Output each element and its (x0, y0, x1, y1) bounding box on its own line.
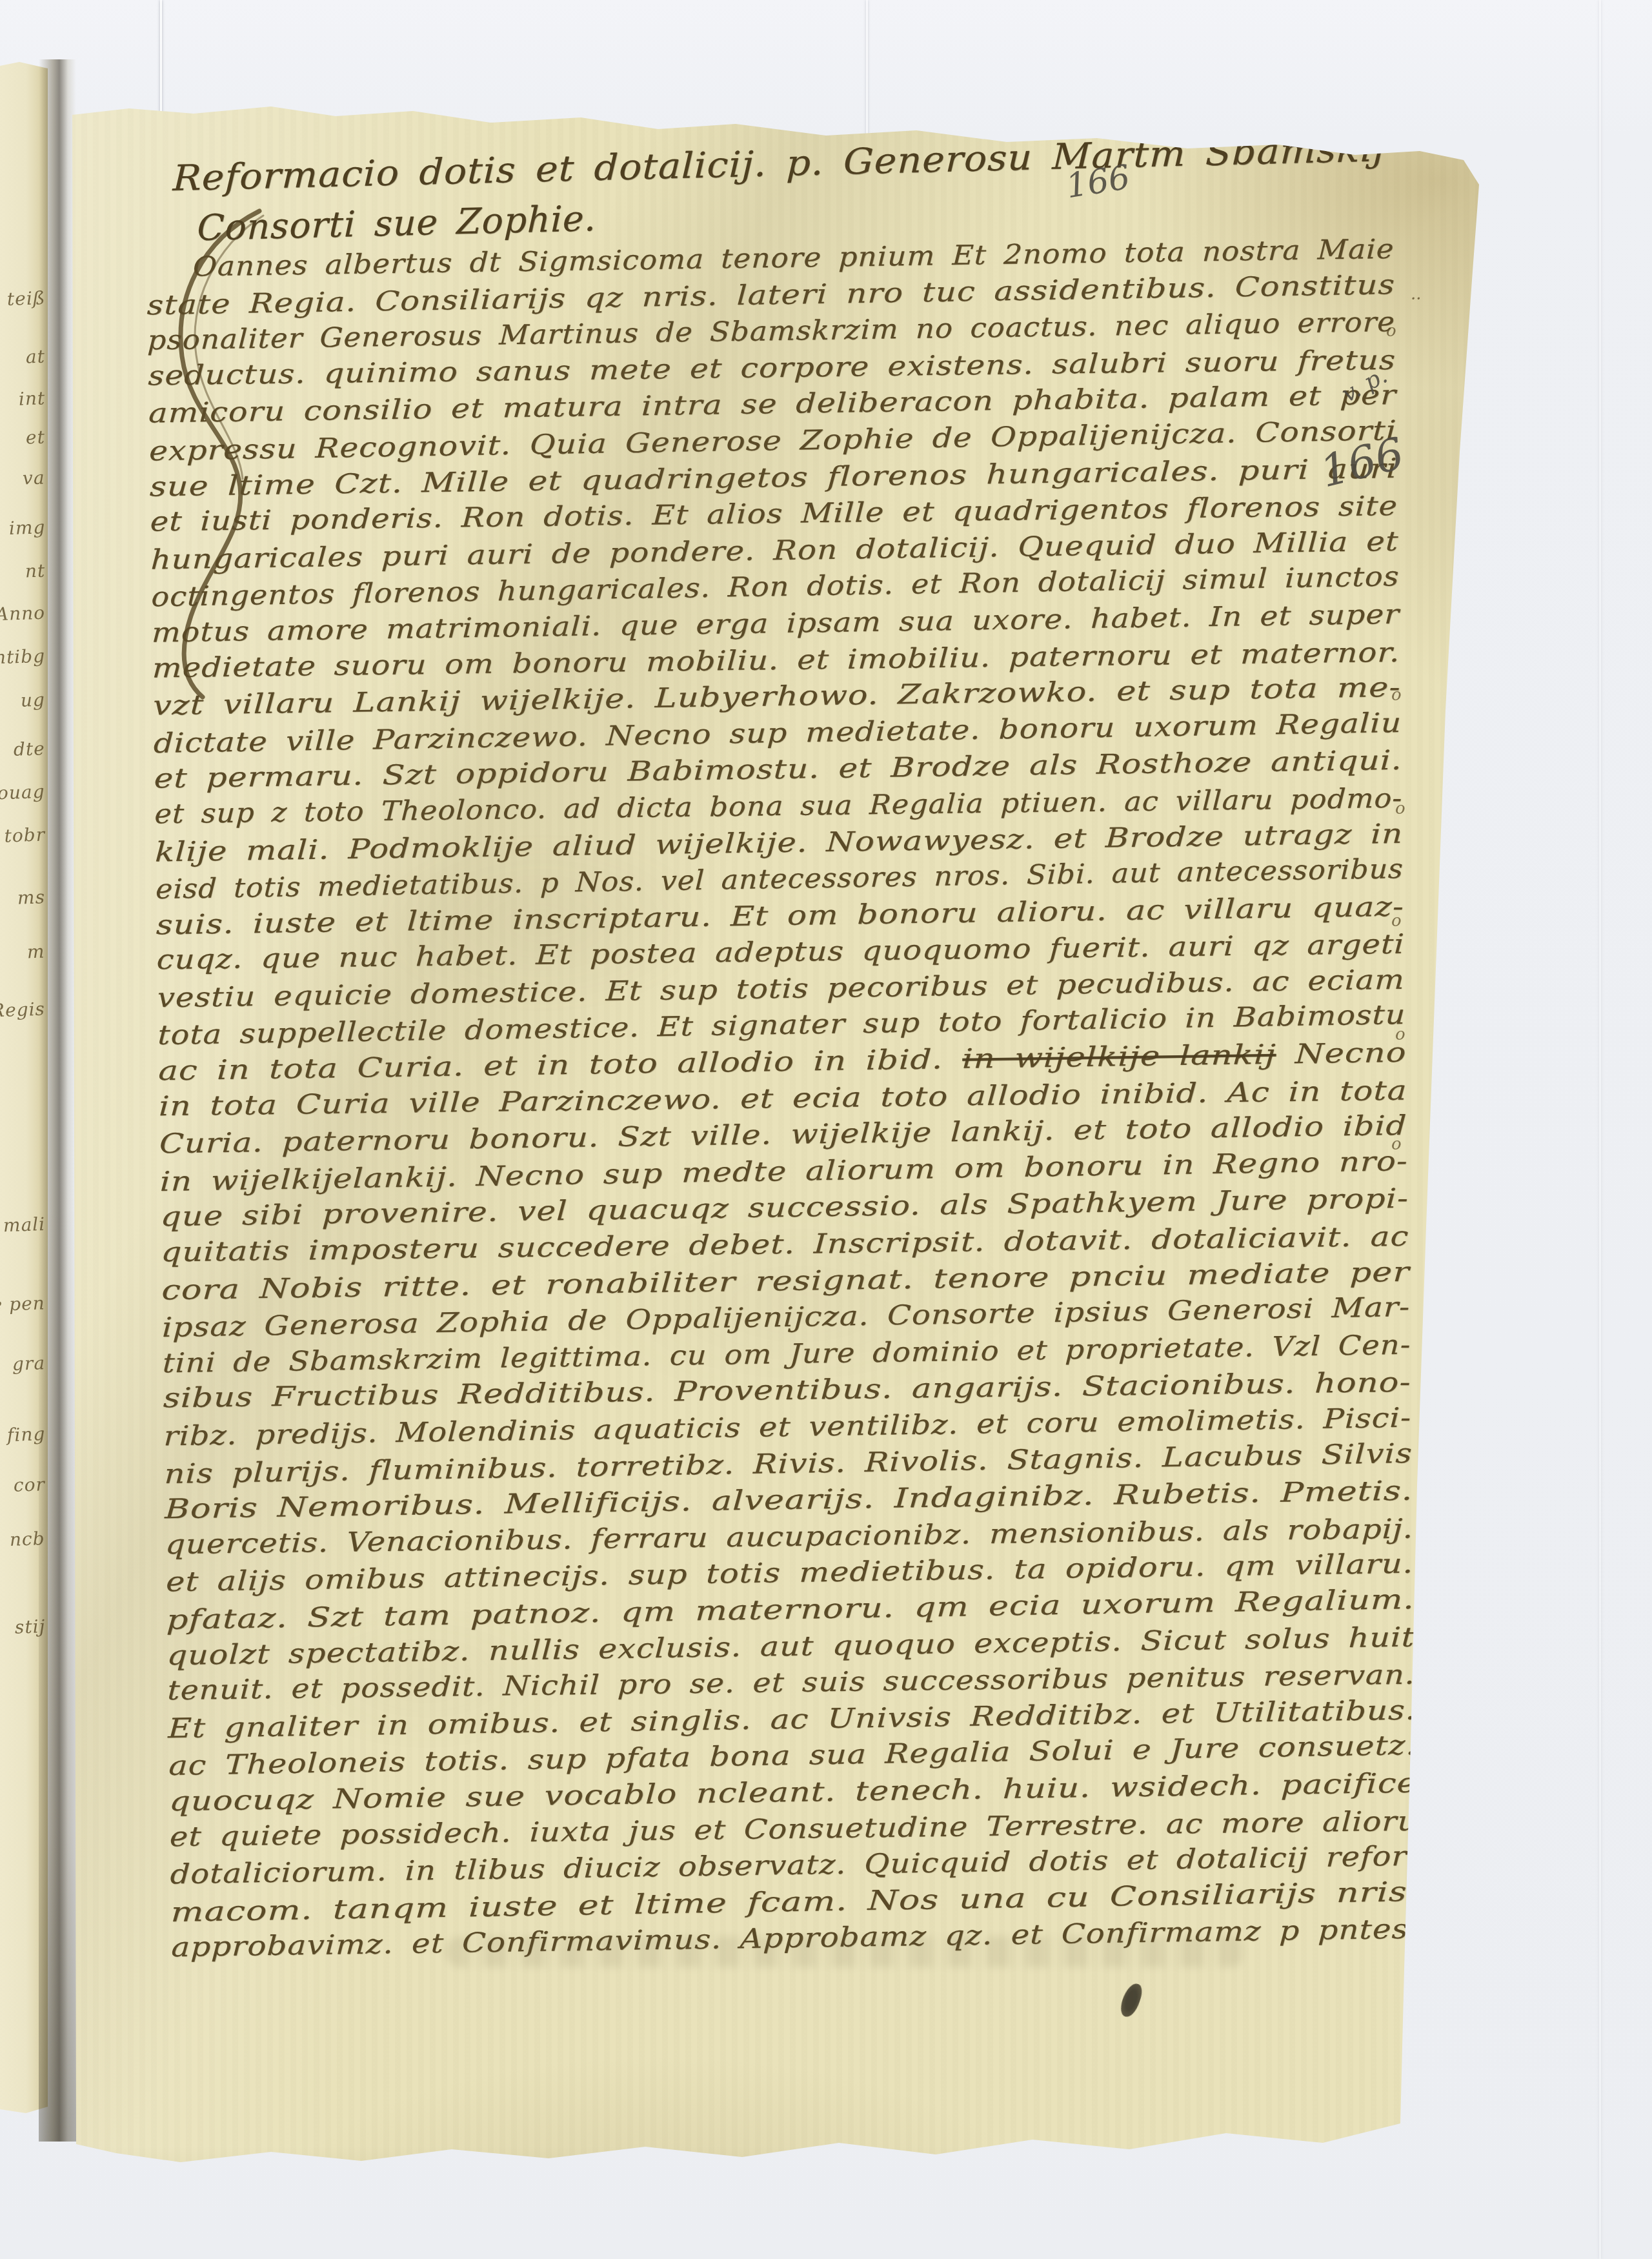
margin-pen-mark: o (1395, 1025, 1405, 1044)
binding-gutter (39, 59, 76, 2142)
margin-pen-mark: o (1391, 1135, 1402, 1154)
body-lines: Oannes albertus dt Sigmsicoma tenore pni… (146, 231, 1420, 1979)
background-crease (866, 0, 868, 139)
margin-pen-mark: ·· (1411, 289, 1422, 309)
margin-pen-mark: o (1391, 911, 1402, 931)
background-crease (1599, 0, 1601, 2259)
background-crease (160, 0, 162, 116)
scanner-background: teißatintetvaimgntAnnontibgugdteouagz to… (0, 0, 1652, 2259)
margin-pen-mark: o (1386, 321, 1396, 341)
struck-text: in wijelkije lankij (962, 1038, 1276, 1075)
margin-pen-mark: o (1395, 799, 1405, 818)
ink-blot (1118, 1981, 1144, 2019)
manuscript-page: Reformacio dotis et dotalicij. p. Genero… (0, 0, 1652, 2259)
margin-pen-mark: o (1391, 685, 1402, 705)
